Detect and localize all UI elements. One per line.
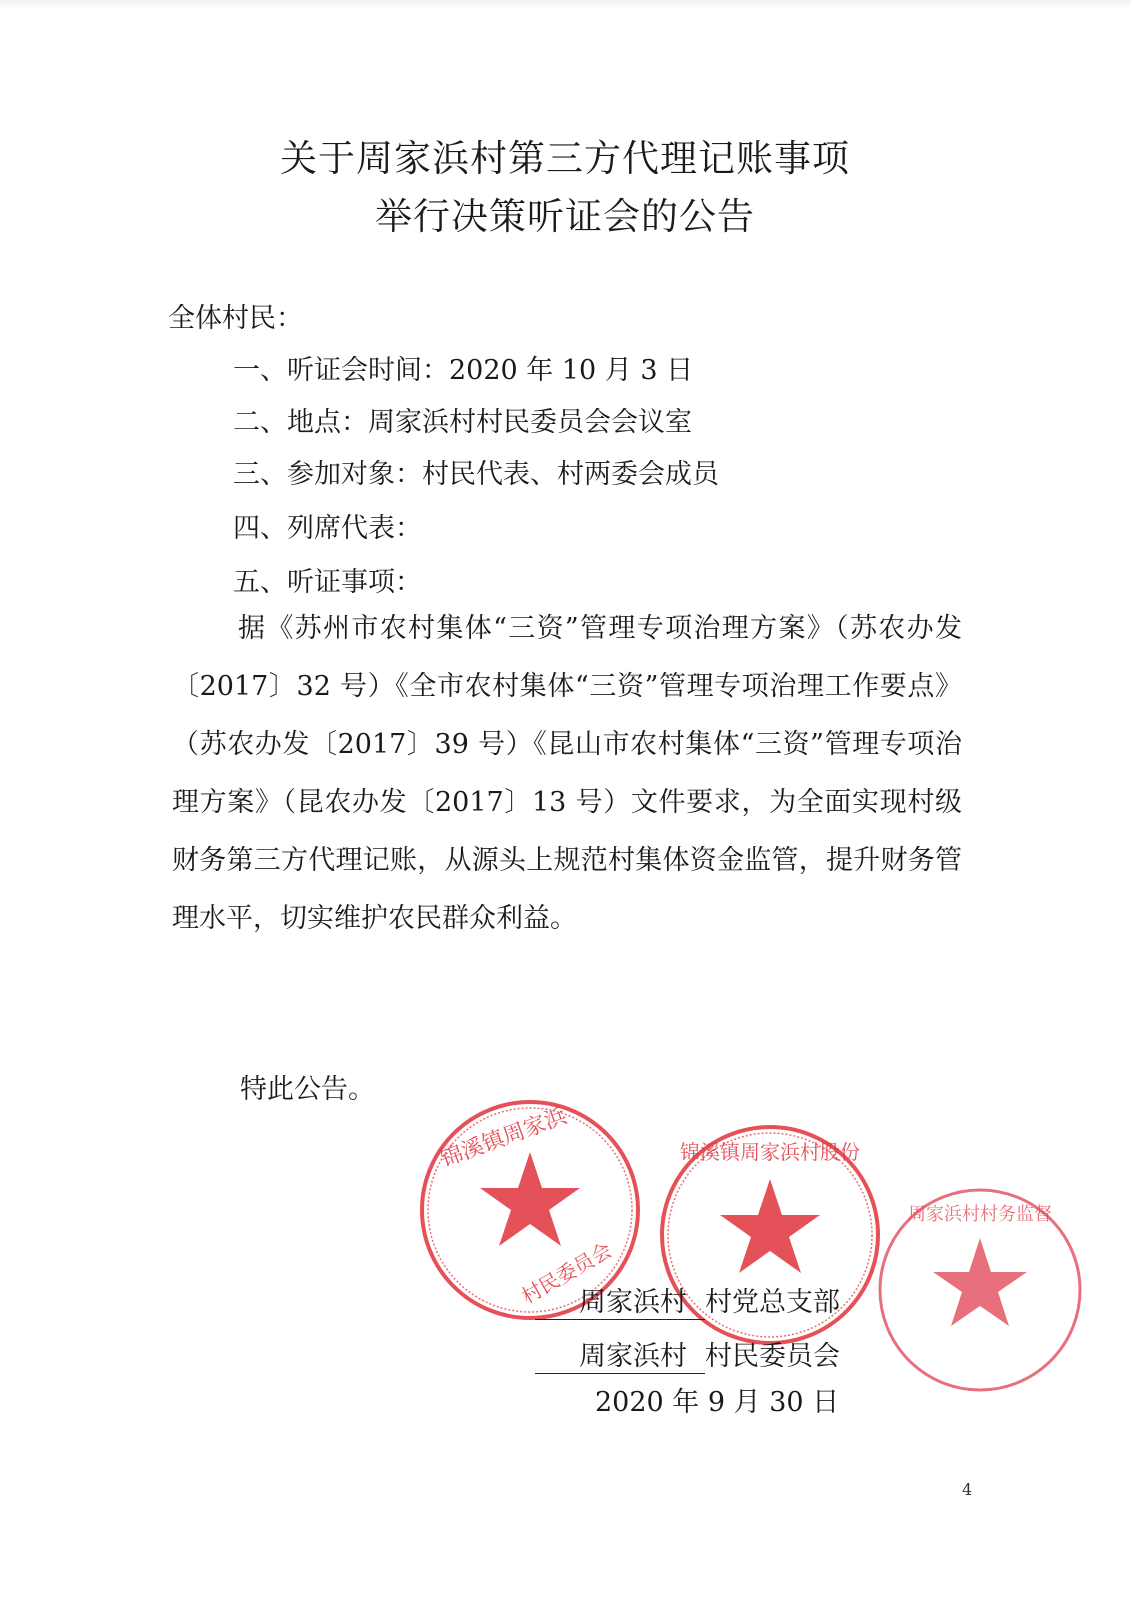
stamp-village-supervision-committee: 周家浜村村务监督 <box>870 1180 1090 1400</box>
scan-edge <box>0 0 1130 10</box>
item-observers: 四、列席代表： <box>233 506 422 545</box>
signature-party-branch: 周家浜村村党总支部 <box>535 1280 840 1320</box>
star-icon <box>933 1238 1027 1326</box>
star-icon <box>720 1179 820 1273</box>
item-hearing-matters: 五、听证事项： <box>233 560 422 599</box>
signature-org: 村民委员会 <box>705 1341 840 1372</box>
svg-text:锦溪镇周家浜村股份: 锦溪镇周家浜村股份 <box>680 1140 860 1164</box>
closing-text: 特此公告。 <box>240 1067 375 1106</box>
item-hearing-time: 一、听证会时间：2020 年 10 月 3 日 <box>233 348 693 387</box>
title-line-2: 举行决策听证会的公告 <box>0 186 1130 240</box>
svg-text:周家浜村村务监督: 周家浜村村务监督 <box>908 1204 1052 1225</box>
signature-villagers-committee: 周家浜村村民委员会 <box>535 1334 840 1374</box>
signature-org: 村党总支部 <box>705 1287 840 1318</box>
salutation: 全体村民： <box>168 296 303 335</box>
document-page: 关于周家浜村第三方代理记账事项 举行决策听证会的公告 全体村民： 一、听证会时间… <box>0 0 1130 1600</box>
signature-village-name: 周家浜村 <box>535 1280 705 1320</box>
title-line-1: 关于周家浜村第三方代理记账事项 <box>0 128 1130 182</box>
star-icon <box>480 1152 580 1246</box>
body-paragraph: 据《苏州市农村集体“三资”管理专项治理方案》（苏农办发〔2017〕32 号）《全… <box>172 600 962 948</box>
svg-text:锦溪镇周家浜: 锦溪镇周家浜 <box>438 1103 572 1172</box>
item-participants: 三、参加对象：村民代表、村两委会成员 <box>233 452 719 491</box>
item-location: 二、地点：周家浜村村民委员会会议室 <box>233 400 692 439</box>
page-number: 4 <box>962 1480 972 1499</box>
issue-date: 2020 年 9 月 30 日 <box>595 1380 839 1419</box>
signature-village-name: 周家浜村 <box>535 1334 705 1374</box>
